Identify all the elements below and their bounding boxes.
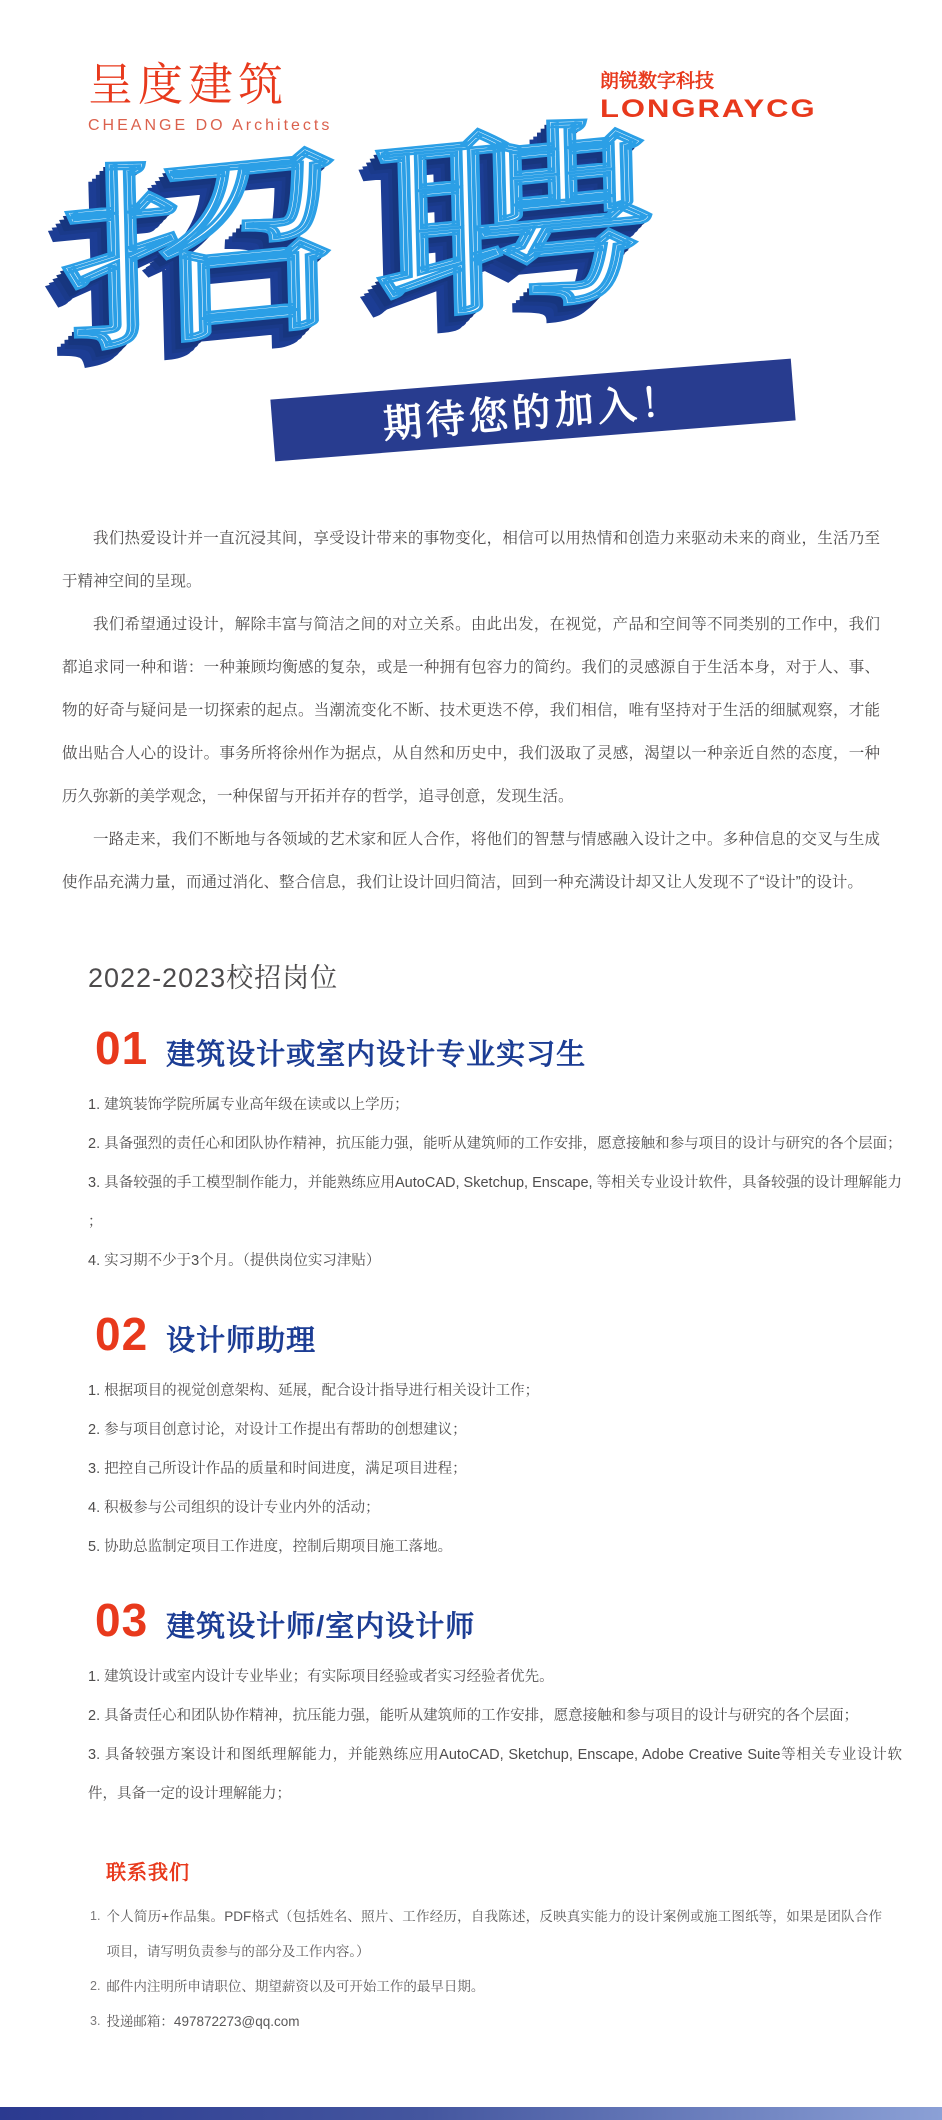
contact-item-resume: 1. 个人简历+作品集。PDF格式（包括姓名、照片、工作经历，自我陈述，反映真实…: [90, 1899, 882, 1969]
list-item: 4. 实习期不少于3个月。（提供岗位实习津贴）: [88, 1242, 902, 1281]
job-1-requirements: 1. 建筑装饰学院所属专业高年级在读或以上学历； 2. 具备强烈的责任心和团队协…: [0, 1076, 942, 1281]
intro-paragraph-3: 一路走来，我们不断地与各领域的艺术家和匠人合作，将他们的智慧与情感融入设计之中。…: [62, 818, 880, 904]
job-3-title: 建筑设计师/室内设计师: [166, 1604, 475, 1645]
intro-paragraph-2: 我们希望通过设计，解除丰富与简洁之间的对立关系。由此出发，在视觉，产品和空间等不…: [62, 603, 880, 818]
list-item: 5. 协助总监制定项目工作进度，控制后期项目施工落地。: [88, 1528, 902, 1567]
job-position-2: 02 设计师助理 1. 根据项目的视觉创意架构、延展，配合设计指导进行相关设计工…: [0, 1307, 942, 1567]
contact-item-number: 3.: [90, 2004, 100, 2039]
company-logo-cn: 呈度建筑: [88, 60, 332, 110]
job-2-requirements: 1. 根据项目的视觉创意架构、延展，配合设计指导进行相关设计工作； 2. 参与项…: [0, 1362, 942, 1567]
list-item: 3. 具备较强方案设计和图纸理解能力，并能熟练应用AutoCAD, Sketch…: [88, 1736, 902, 1814]
company-logo: 呈度建筑 CHEANGE DO Architects: [88, 60, 332, 135]
job-1-header: 01 建筑设计或室内设计专业实习生: [0, 1021, 942, 1076]
list-item: 1. 建筑装饰学院所属专业高年级在读或以上学历；: [88, 1086, 902, 1125]
contact-email-text: 投递邮箱：497872273@qq.com: [106, 2004, 299, 2039]
contact-item-mail-note: 2. 邮件内注明所申请职位、期望薪资以及可开始工作的最早日期。: [90, 1969, 882, 2004]
job-3-number: 03: [95, 1593, 148, 1648]
company-logo-en: CHEANGE DO Architects: [88, 117, 332, 135]
job-position-1: 01 建筑设计或室内设计专业实习生 1. 建筑装饰学院所属专业高年级在读或以上学…: [0, 1021, 942, 1281]
contact-item-text: 邮件内注明所申请职位、期望薪资以及可开始工作的最早日期。: [106, 1969, 484, 2004]
jobs-section-heading: 2022-2023校招岗位: [88, 956, 942, 995]
contact-heading: 联系我们: [106, 1856, 942, 1885]
list-item: 3. 把控自己所设计作品的质量和时间进度，满足项目进程；: [88, 1450, 902, 1489]
list-item: 2. 参与项目创意讨论，对设计工作提出有帮助的创想建议；: [88, 1411, 902, 1450]
contact-section: 联系我们 1. 个人简历+作品集。PDF格式（包括姓名、照片、工作经历，自我陈述…: [0, 1856, 942, 2039]
list-item: 1. 建筑设计或室内设计专业毕业；有实际项目经验或者实习经验者优先。: [88, 1658, 902, 1697]
job-3-requirements: 1. 建筑设计或室内设计专业毕业；有实际项目经验或者实习经验者优先。 2. 具备…: [0, 1648, 942, 1814]
job-2-title: 设计师助理: [166, 1318, 316, 1359]
contact-item-email: 3. 投递邮箱：497872273@qq.com: [90, 2004, 882, 2039]
list-item: 2. 具备责任心和团队协作精神，抗压能力强，能听从建筑师的工作安排，愿意接触和参…: [88, 1697, 902, 1736]
hero-banner: 期待您的加入！: [270, 358, 795, 461]
header: 呈度建筑 CHEANGE DO Architects 朗锐数字科技 LONGRA…: [0, 0, 942, 135]
list-item: 4. 积极参与公司组织的设计专业内外的活动；: [88, 1489, 902, 1528]
job-2-header: 02 设计师助理: [0, 1307, 942, 1362]
partner-logo-cn: 朗锐数字科技: [600, 66, 900, 93]
job-1-number: 01: [95, 1021, 148, 1076]
hero-section: 期待您的加入！ 招聘: [0, 141, 942, 491]
intro-paragraph-1: 我们热爱设计并一直沉浸其间，享受设计带来的事物变化，相信可以用热情和创造力来驱动…: [62, 517, 880, 603]
footer-accent-bar: [0, 2107, 942, 2120]
list-item: 2. 具备强烈的责任心和团队协作精神，抗压能力强，能听从建筑师的工作安排，愿意接…: [88, 1125, 902, 1164]
list-item: 1. 根据项目的视觉创意架构、延展，配合设计指导进行相关设计工作；: [88, 1372, 902, 1411]
contact-item-number: 2.: [90, 1969, 100, 2004]
contact-list: 1. 个人简历+作品集。PDF格式（包括姓名、照片、工作经历，自我陈述，反映真实…: [0, 1885, 942, 2039]
hero-title-zhaopin: 招聘: [60, 109, 689, 364]
job-3-header: 03 建筑设计师/室内设计师: [0, 1593, 942, 1648]
recruitment-poster: 呈度建筑 CHEANGE DO Architects 朗锐数字科技 LONGRA…: [0, 0, 942, 2120]
list-item: 3. 具备较强的手工模型制作能力，并能熟练应用AutoCAD, Sketchup…: [88, 1164, 902, 1242]
contact-item-number: 1.: [90, 1899, 100, 1969]
job-2-number: 02: [95, 1307, 148, 1362]
contact-item-text: 个人简历+作品集。PDF格式（包括姓名、照片、工作经历，自我陈述，反映真实能力的…: [106, 1899, 882, 1969]
intro-text: 我们热爱设计并一直沉浸其间，享受设计带来的事物变化，相信可以用热情和创造力来驱动…: [0, 491, 942, 904]
job-1-title: 建筑设计或室内设计专业实习生: [166, 1032, 586, 1073]
job-position-3: 03 建筑设计师/室内设计师 1. 建筑设计或室内设计专业毕业；有实际项目经验或…: [0, 1593, 942, 1814]
